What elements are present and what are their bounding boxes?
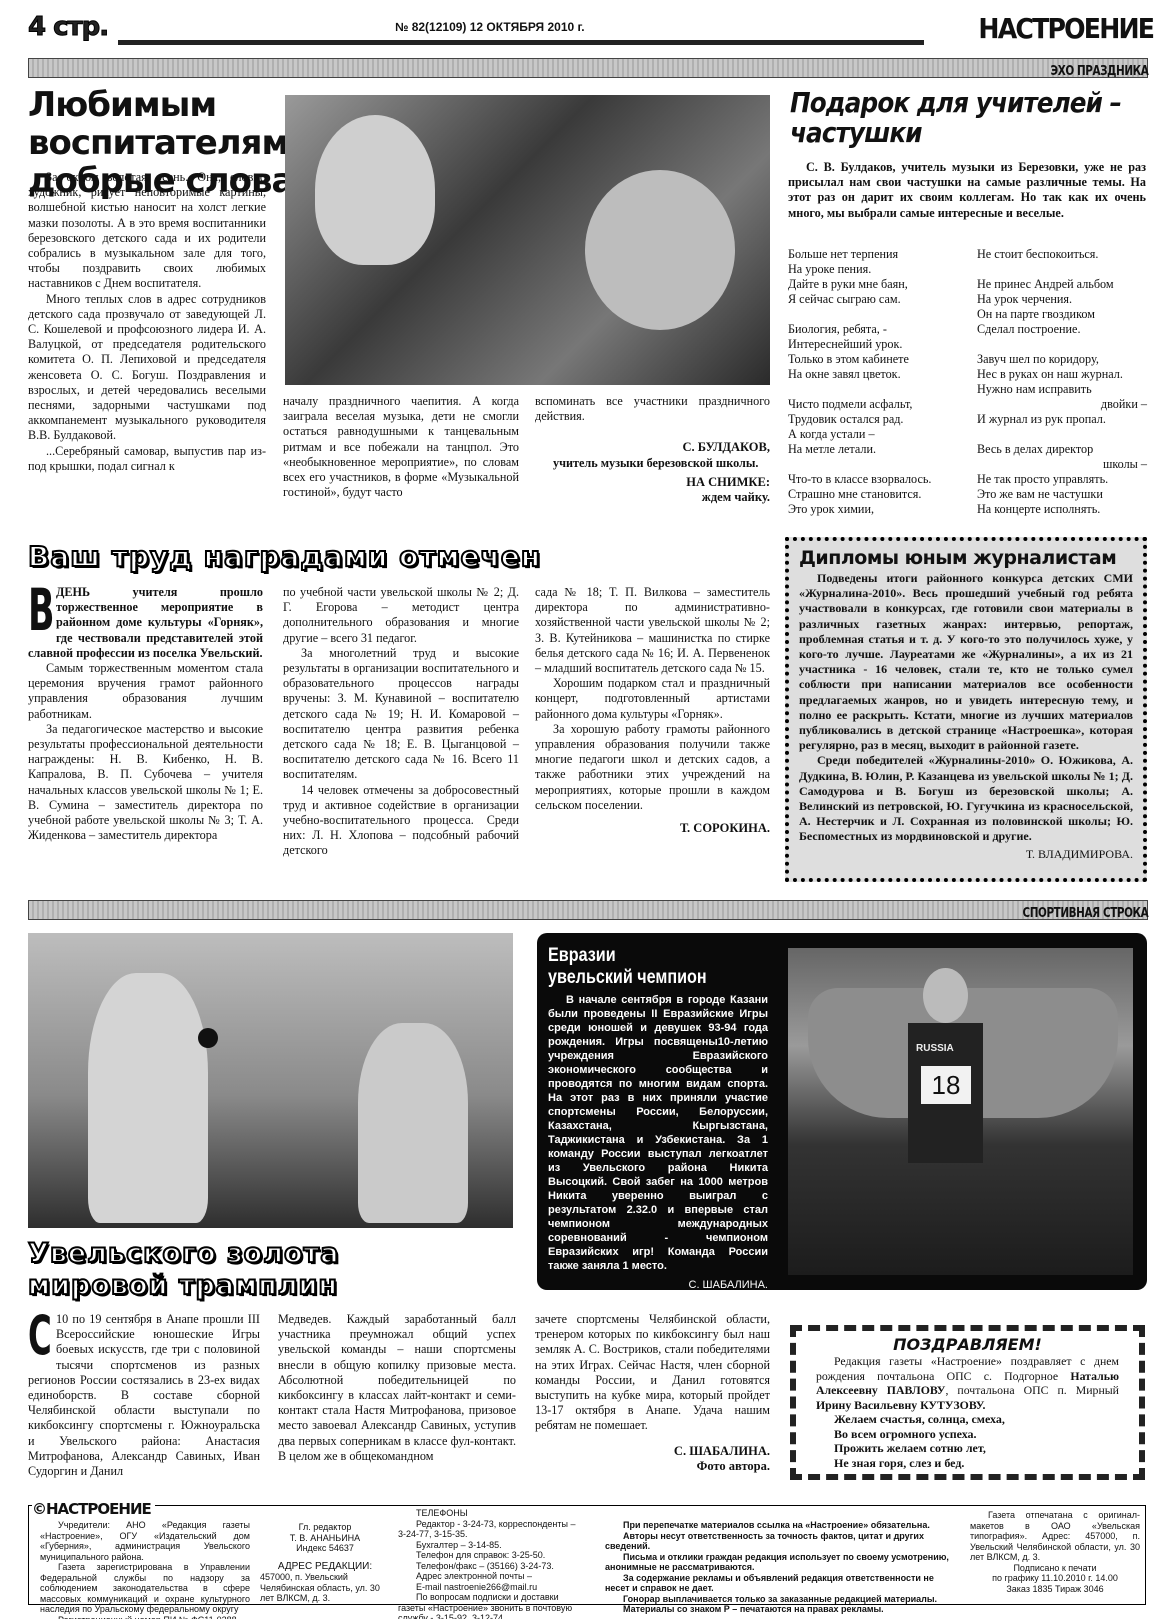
photo-figure-girl (315, 115, 435, 265)
phones-label: ТЕЛЕФОНЫ (398, 1508, 578, 1519)
poem-line: Только в этом кабинете (788, 352, 968, 367)
article6-author: С. ШАБАЛИНА. (535, 1444, 770, 1459)
rule-line: Материалы со знаком Р – печатаются на пр… (605, 1604, 955, 1615)
imprint-rules: При перепечатке материалов ссылка на «На… (605, 1520, 955, 1615)
rule-line: При перепечатке материалов ссылка на «На… (605, 1520, 955, 1531)
photo-figure-boy (585, 170, 735, 330)
poem-line: Больше нет терпения (788, 247, 968, 262)
article2-title-line2: частушки (790, 118, 1160, 148)
article6-col3-text: зачете спортсмены Челябинской области, т… (535, 1312, 770, 1434)
signed-label: Подписано к печати (970, 1563, 1140, 1574)
poem-line (977, 427, 1147, 442)
journalists-box: Дипломы юным журналистам Подведены итоги… (785, 537, 1147, 882)
imprint-editor: Гл. редактор Т. В. АНАНЬИНА Индекс 54637… (260, 1522, 390, 1604)
poem-line (788, 382, 968, 397)
poem-line: Биология, ребята, - (788, 322, 968, 337)
rule-line: Авторы несут ответственность за точность… (605, 1531, 955, 1552)
poem-line: Он на парте гвоздиком (977, 307, 1147, 322)
article3-col2-p3: 14 человек отмечены за добросовестный тр… (283, 783, 519, 859)
greeting-verse: Желаем счастья, солнца, смеха,Во всем ог… (816, 1412, 1119, 1470)
photo-boxer-left (88, 973, 208, 1223)
greeting-text-b: , почтальона ОПС п. Мирный (945, 1383, 1119, 1397)
article1-p1: За окном золотая осень. Она, словно худо… (28, 170, 266, 292)
poem-line: двойки – (977, 397, 1147, 412)
poem-line: А когда устали – (788, 427, 968, 442)
poem-line: И журнал из рук пропал. (977, 412, 1147, 427)
verse-line: Не зная горя, слез и бед. (834, 1456, 1119, 1471)
article3-col3: сада № 18; Т. П. Вилкова – заместитель д… (535, 585, 770, 836)
article1-col2-text: началу праздничного чаепития. А когда за… (283, 394, 519, 499)
issue-date: № 82(12109) 12 ОКТЯБРЯ 2010 г. (395, 20, 585, 34)
header-rule (118, 40, 924, 45)
poem-line: Что-то в классе взорвалось. (788, 472, 968, 487)
greeting-title: ПОЗДРАВЛЯЕМ! (816, 1335, 1119, 1354)
poem-line: Не принес Андрей альбом (977, 277, 1147, 292)
poem-line: Трудовик остался рад. (788, 412, 968, 427)
poem-line: Страшно мне становится. (788, 487, 968, 502)
section-band-echo (28, 58, 1148, 78)
article3-p2: За педагогическое мастерство и высокие р… (28, 722, 263, 844)
newspaper-brand: НАСТРОЕНИЕ (978, 12, 1153, 45)
page-number: 4 стр. (28, 12, 108, 42)
address-label: АДРЕС РЕДАКЦИИ: (260, 1562, 390, 1573)
greeting-name2: Ирину Васильевну КУТУЗОВУ. (816, 1398, 985, 1412)
poem-line: Нужно нам исправить (977, 382, 1147, 397)
poem-line (977, 262, 1147, 277)
photo-boxer-right (358, 1023, 468, 1223)
poem-left-column: Больше нет терпенияНа уроке пения.Дайте … (788, 247, 968, 517)
poem-line: Чисто подмели асфальт, (788, 397, 968, 412)
section-label-sport: СПОРТИВНАЯ СТРОКА (1022, 906, 1148, 921)
article3-col2-p1: по учебной части увельской школы № 2; Д.… (283, 585, 519, 646)
poem-line: Сделал построение. (977, 322, 1147, 337)
section-label-echo: ЭХО ПРАЗДНИКА (1050, 64, 1148, 79)
article1-col2: началу праздничного чаепития. А когда за… (283, 394, 519, 500)
article6-title: Увельского золота мировой трамплин (28, 1238, 339, 1302)
greeting-text: Редакция газеты «Настроение» поздравляет… (816, 1354, 1119, 1412)
poem-line: Интереснейший урок. (788, 337, 968, 352)
article4-author: Т. ВЛАДИМИРОВА. (799, 847, 1133, 862)
poem-line: На уроке пения. (788, 262, 968, 277)
poem-line: Завуч шел по коридору, (977, 352, 1147, 367)
article6-col2: Медведев. Каждый заработанный балл участ… (278, 1312, 516, 1464)
article1-col3: вспоминать все участники праздничного де… (535, 394, 770, 505)
imprint-phones: ТЕЛЕФОНЫ Редактор - 3-24-73, корреспонде… (398, 1508, 578, 1619)
founders-text: Учредители: АНО «Редакция газеты «Настро… (40, 1520, 250, 1562)
phone-line: E-mail nastroenie266@mail.ru (398, 1582, 578, 1593)
verse-line: Прожить желаем сотню лет, (834, 1441, 1119, 1456)
photo-runner-head (923, 968, 968, 1023)
runner-shirt-text: RUSSIA (916, 1043, 954, 1054)
article2-intro: С. В. Булдаков, учитель музыки из Березо… (788, 160, 1146, 221)
poem-line: Дайте в руки мне баян, (788, 277, 968, 292)
article2-title: Подарок для учителей – частушки (790, 88, 1160, 148)
article3-title: Ваш труд наградами отмечен (28, 540, 541, 573)
article2-intro-text: С. В. Булдаков, учитель музыки из Березо… (788, 160, 1146, 221)
verse-line: Во всем огромного успеха. (834, 1427, 1119, 1442)
article1-author: С. БУЛДАКОВ, (535, 440, 770, 455)
article3-col3-p1: сада № 18; Т. П. Вилкова – заместитель д… (535, 585, 770, 676)
poem-right-column: Не стоит беспокоиться.Не принес Андрей а… (977, 247, 1147, 517)
section-band-sport (28, 900, 1148, 920)
photo-kickboxing (28, 933, 513, 1228)
phone-line: Редактор - 3-24-73, корреспонденты – 3-2… (398, 1519, 578, 1540)
registration-number: Регистрационный номер ПИ № ФС11-0288. (40, 1615, 250, 1619)
signed-value: по графику 11.10.2010 г. 14.00 (970, 1573, 1140, 1584)
poem-line: школы – (977, 457, 1147, 472)
imprint-founders: Учредители: АНО «Редакция газеты «Настро… (40, 1520, 250, 1619)
dropcap: В (28, 587, 41, 633)
article2-title-line1: Подарок для учителей – (790, 88, 1160, 118)
poem-line: На окне завял цветок. (788, 367, 968, 382)
poem-line: Не стоит беспокоиться. (977, 247, 1147, 262)
rule-line: За содержание рекламы и объявлений редак… (605, 1573, 955, 1594)
article3-col2: по учебной части увельской школы № 2; Д.… (283, 585, 519, 859)
order-circulation: Заказ 1835 Тираж 3046 (970, 1584, 1140, 1595)
article3-lead: ДЕНЬ учителя прошло торжественное меропр… (28, 585, 263, 660)
subscription-index: Индекс 54637 (260, 1543, 390, 1554)
article3-col3-p3: За хорошую работу грамоты районного упра… (535, 722, 770, 813)
article3-col3-p2: Хорошим подарком стал и праздничный конц… (535, 676, 770, 722)
article1-col3-text: вспоминать все участники праздничного де… (535, 394, 770, 424)
article5-title-line2: увельский чемпион (548, 967, 735, 989)
article6-col1-text: 10 по 19 сентября в Анапе прошли III Все… (28, 1312, 260, 1478)
poem-line: Я сейчас сыграю сам. (788, 292, 968, 307)
photo-runner: RUSSIA 18 (788, 948, 1133, 1275)
rule-line: Гонорар выплачивается только за заказанн… (605, 1594, 955, 1605)
imprint-print: Газета отпечатана с оригинал-макетов в О… (970, 1510, 1140, 1594)
editor-name: Т. В. АНАНЬИНА (260, 1533, 390, 1544)
article6-col2-text: Медведев. Каждый заработанный балл участ… (278, 1312, 516, 1463)
poem-line (788, 457, 968, 472)
runner-bib-number: 18 (921, 1066, 971, 1104)
photo-caption-label: НА СНИМКЕ: (535, 475, 770, 490)
poem-line: Весь в делах директор (977, 442, 1147, 457)
poem-line: На метле летали. (788, 442, 968, 457)
print-info: Газета отпечатана с оригинал-макетов в О… (970, 1510, 1140, 1563)
boxing-glove-icon (198, 1028, 218, 1048)
phone-line: Адрес электронной почты – (398, 1571, 578, 1582)
article1-col1: За окном золотая осень. Она, словно худо… (28, 170, 266, 474)
phone-line: Телефон/факс – (35166) 3-24-73. (398, 1561, 578, 1572)
article3-p1: Самым торжественным моментом стала церем… (28, 661, 263, 722)
article6-col1: С10 по 19 сентября в Анапе прошли III Вс… (28, 1312, 260, 1479)
article3-author: Т. СОРОКИНА. (535, 821, 770, 836)
article1-p3: ...Серебряный самовар, выпустив пар из-п… (28, 444, 266, 474)
verse-line: Желаем счастья, солнца, смеха, (834, 1412, 1119, 1427)
article1-p2: Много теплых слов в адрес сотрудников де… (28, 292, 266, 444)
poem-line (788, 307, 968, 322)
article1-author-role: учитель музыки березовской школы. (535, 456, 770, 471)
article3-col1: ВДЕНЬ учителя прошло торжественное мероп… (28, 585, 263, 843)
phone-line: Бухгалтер – 3-14-85. (398, 1540, 578, 1551)
greeting-box: ПОЗДРАВЛЯЕМ! Редакция газеты «Настроение… (790, 1325, 1145, 1480)
article5-title-line1: Евразии (548, 945, 735, 967)
poem-line: Нес в руках он наш журнал. (977, 367, 1147, 382)
poem-line: Это урок химии, (788, 502, 968, 517)
article6-title-line2: мировой трамплин (28, 1270, 339, 1302)
article6-title-line1: Увельского золота (28, 1238, 339, 1270)
champion-text: Евразии увельский чемпион В начале сентя… (548, 945, 768, 1291)
phone-line: По вопросам подписки и доставки газеты «… (398, 1592, 578, 1619)
registration-text: Газета зарегистрирована в Управлении Фед… (40, 1562, 250, 1615)
poem-line: На концерте исполнять. (977, 502, 1147, 517)
editor-label: Гл. редактор (260, 1522, 390, 1533)
imprint-logo: ©НАСТРОЕНИЕ (32, 1500, 155, 1518)
photo-caption-text: ждем чайку. (535, 490, 770, 505)
poem-line: На урок черчения. (977, 292, 1147, 307)
article4-p1: Подведены итоги районного конкурса детск… (799, 571, 1133, 753)
article5-body: В начале сентября в городе Казани были п… (548, 993, 768, 1273)
photo-children-tea (285, 95, 770, 385)
article5-title: Евразии увельский чемпион (548, 945, 735, 989)
phone-line: Телефон для справок: 3-25-50. (398, 1550, 578, 1561)
article6-col3: зачете спортсмены Челябинской области, т… (535, 1312, 770, 1474)
address-text: 457000, п. Увельский Челябинская область… (260, 1572, 390, 1604)
article4-title: Дипломы юным журналистам (799, 547, 1133, 569)
dropcap-c: С (28, 1314, 41, 1358)
poem-line: Это же вам не частушки (977, 487, 1147, 502)
article5-author: С. ШАБАЛИНА. (548, 1279, 768, 1291)
article3-col2-p2: За многолетний труд и высокие результаты… (283, 646, 519, 783)
rule-line: Письма и отклики граждан редакция исполь… (605, 1552, 955, 1573)
poem-line (977, 337, 1147, 352)
poem-line: Не так просто управлять. (977, 472, 1147, 487)
article6-photo-credit: Фото автора. (535, 1459, 770, 1474)
article4-p2: Среди победителей «Журналины-2010» О. Юж… (799, 753, 1133, 844)
